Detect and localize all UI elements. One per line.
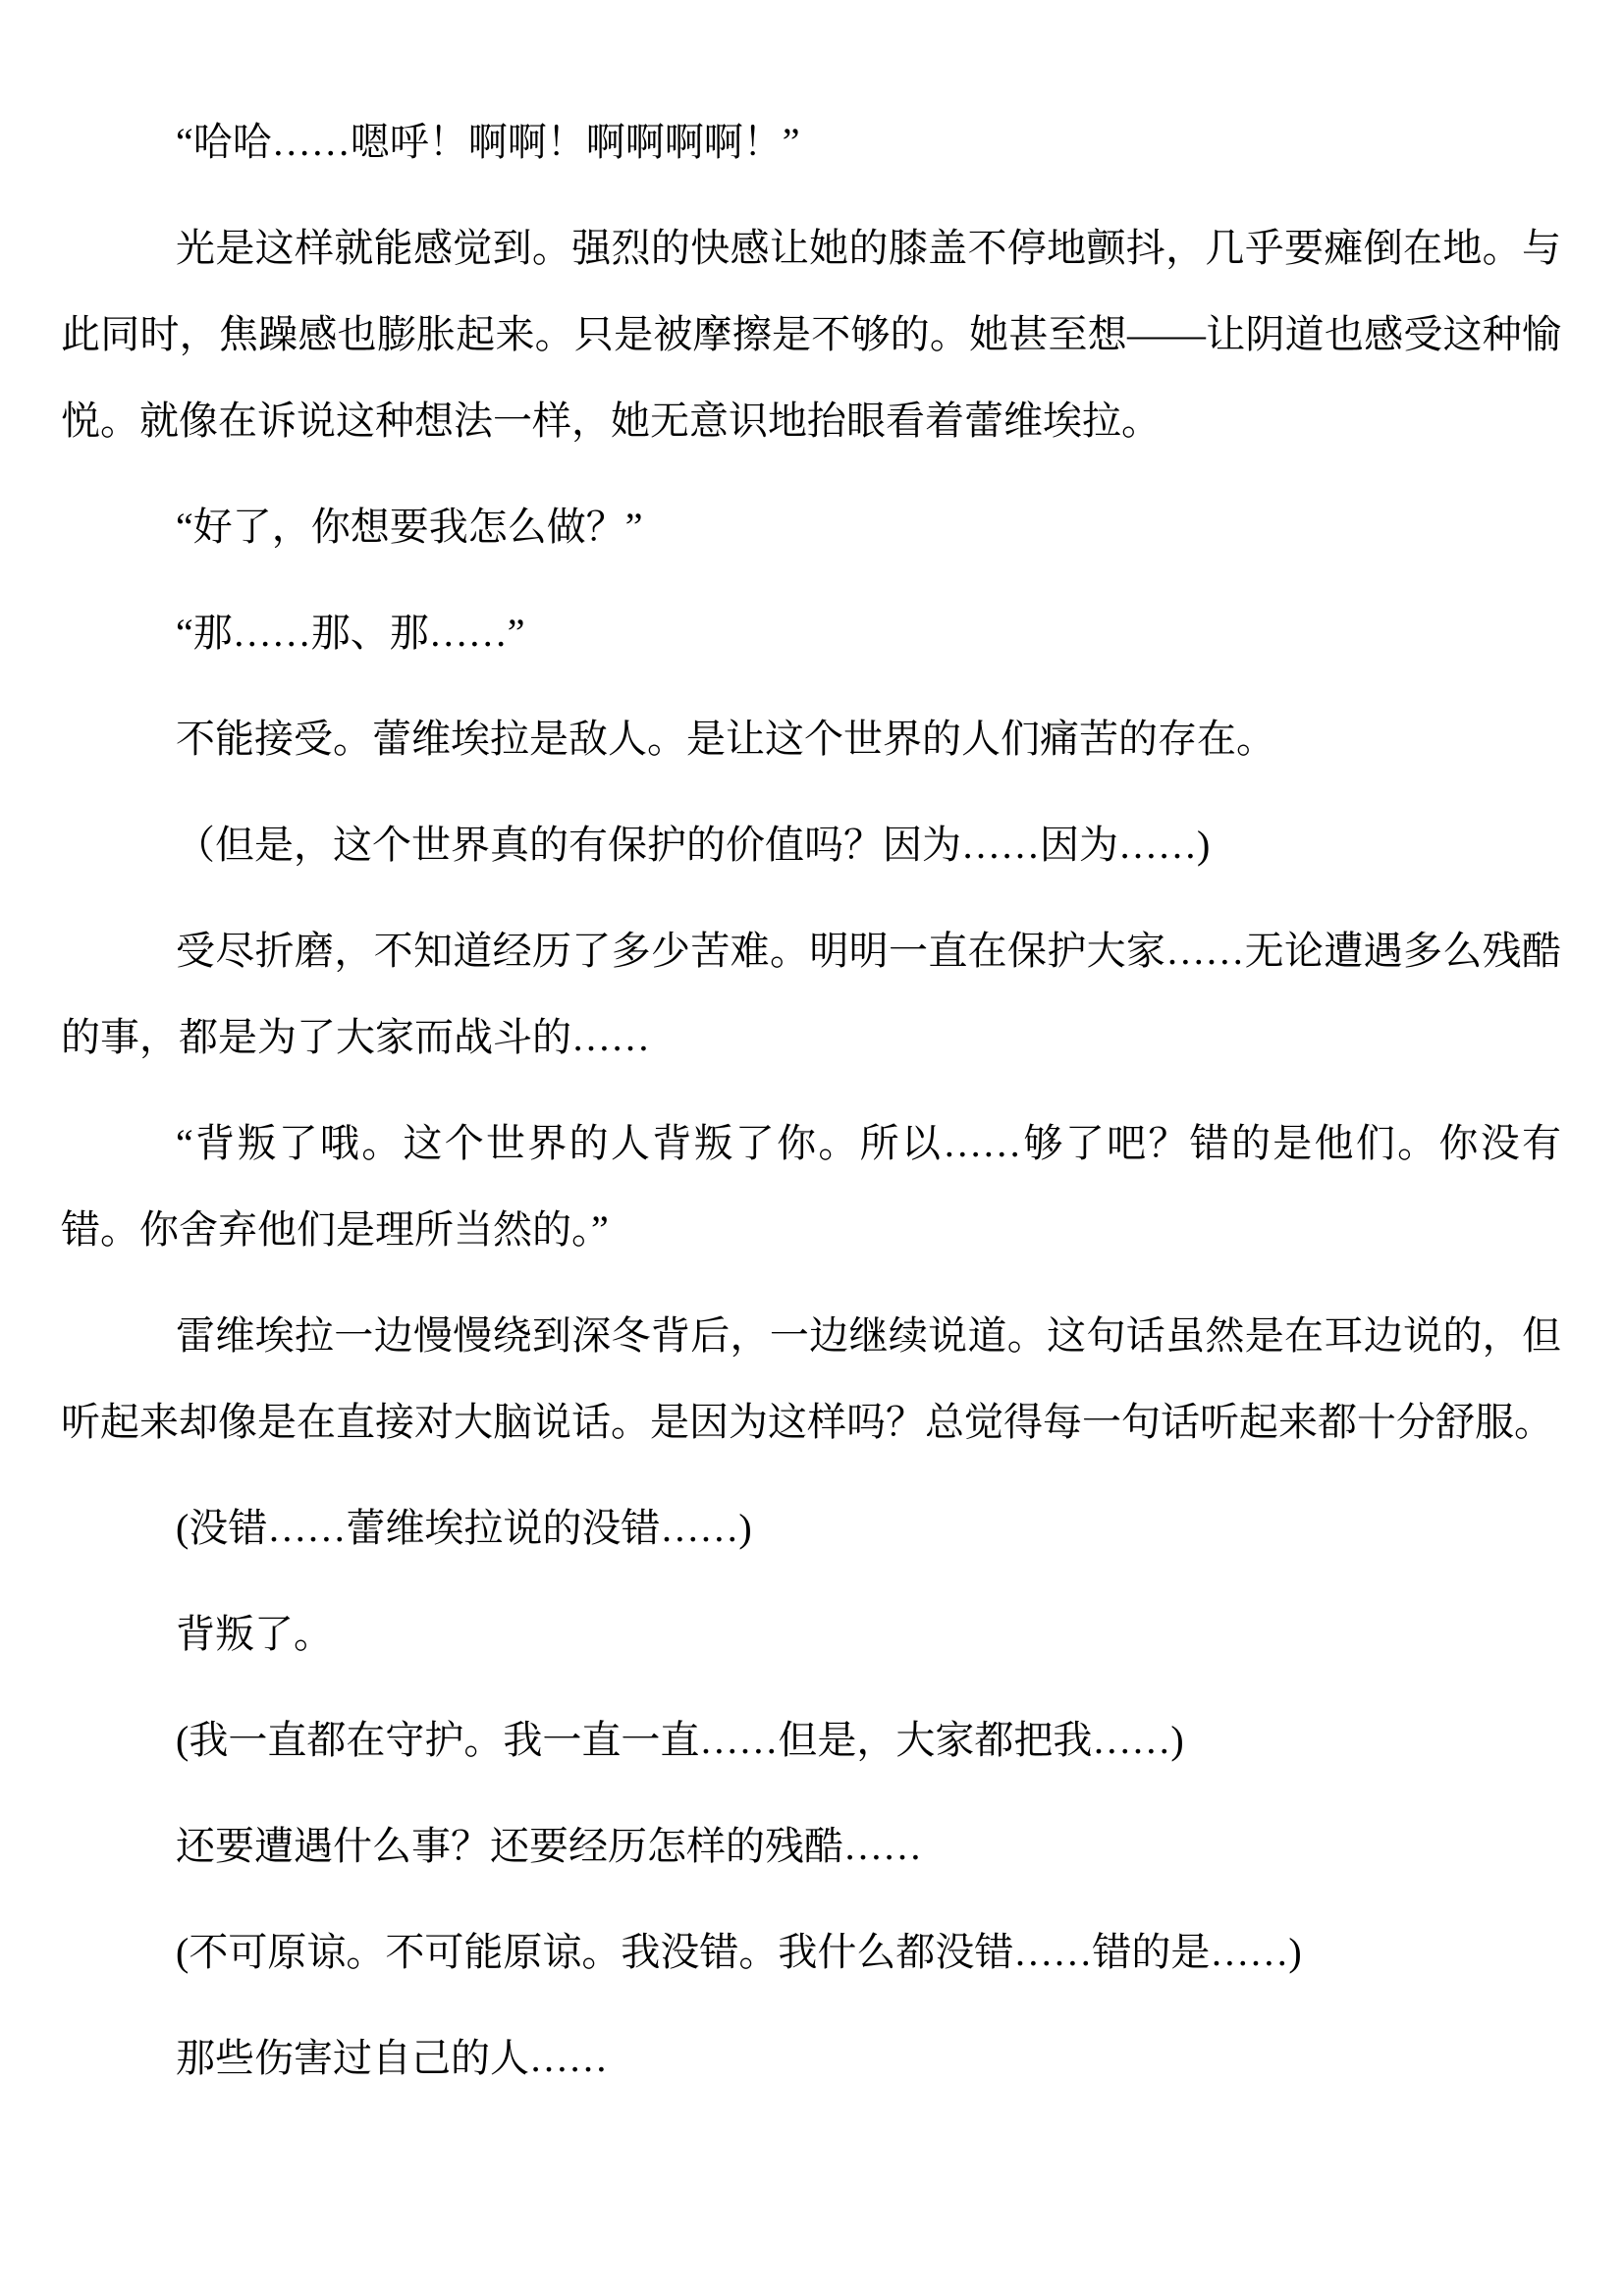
document-page: “哈哈……嗯呼！啊啊！啊啊啊啊！”光是这样就能感觉到。强烈的快感让她的膝盖不停地… (0, 0, 1624, 2296)
paragraph-narration: 还要遭遇什么事？还要经历怎样的残酷…… (61, 1803, 1561, 1890)
paragraph-narration: 背叛了。 (61, 1591, 1561, 1678)
paragraph-thought: (没错……蕾维埃拉说的没错……) (61, 1485, 1561, 1572)
paragraph-narration: 那些伤害过自己的人…… (61, 2015, 1561, 2102)
paragraph-narration: 受尽折磨，不知道经历了多少苦难。明明一直在保护大家……无论遭遇多么残酷的事，都是… (61, 908, 1561, 1081)
paragraph-thought: (我一直都在守护。我一直一直……但是，大家都把我……) (61, 1697, 1561, 1784)
paragraph-dialogue: “好了，你想要我怎么做？” (61, 484, 1561, 570)
paragraph-thought: (不可原谅。不可能原谅。我没错。我什么都没错……错的是……) (61, 1909, 1561, 1996)
paragraph-dialogue: “背叛了哦。这个世界的人背叛了你。所以……够了吧？错的是他们。你没有错。你舍弃他… (61, 1100, 1561, 1273)
paragraph-narration: 光是这样就能感觉到。强烈的快感让她的膝盖不停地颤抖，几乎要瘫倒在地。与此同时，焦… (61, 205, 1561, 464)
text-body: “哈哈……嗯呼！啊啊！啊啊啊啊！”光是这样就能感觉到。强烈的快感让她的膝盖不停地… (61, 99, 1561, 2102)
paragraph-narration: 雷维埃拉一边慢慢绕到深冬背后，一边继续说道。这句话虽然是在耳边说的，但听起来却像… (61, 1293, 1561, 1466)
paragraph-dialogue: “哈哈……嗯呼！啊啊！啊啊啊啊！” (61, 99, 1561, 186)
paragraph-thought: （但是，这个世界真的有保护的价值吗？因为……因为……) (61, 802, 1561, 888)
paragraph-narration: 不能接受。蕾维埃拉是敌人。是让这个世界的人们痛苦的存在。 (61, 696, 1561, 782)
paragraph-dialogue: “那……那、那……” (61, 590, 1561, 676)
